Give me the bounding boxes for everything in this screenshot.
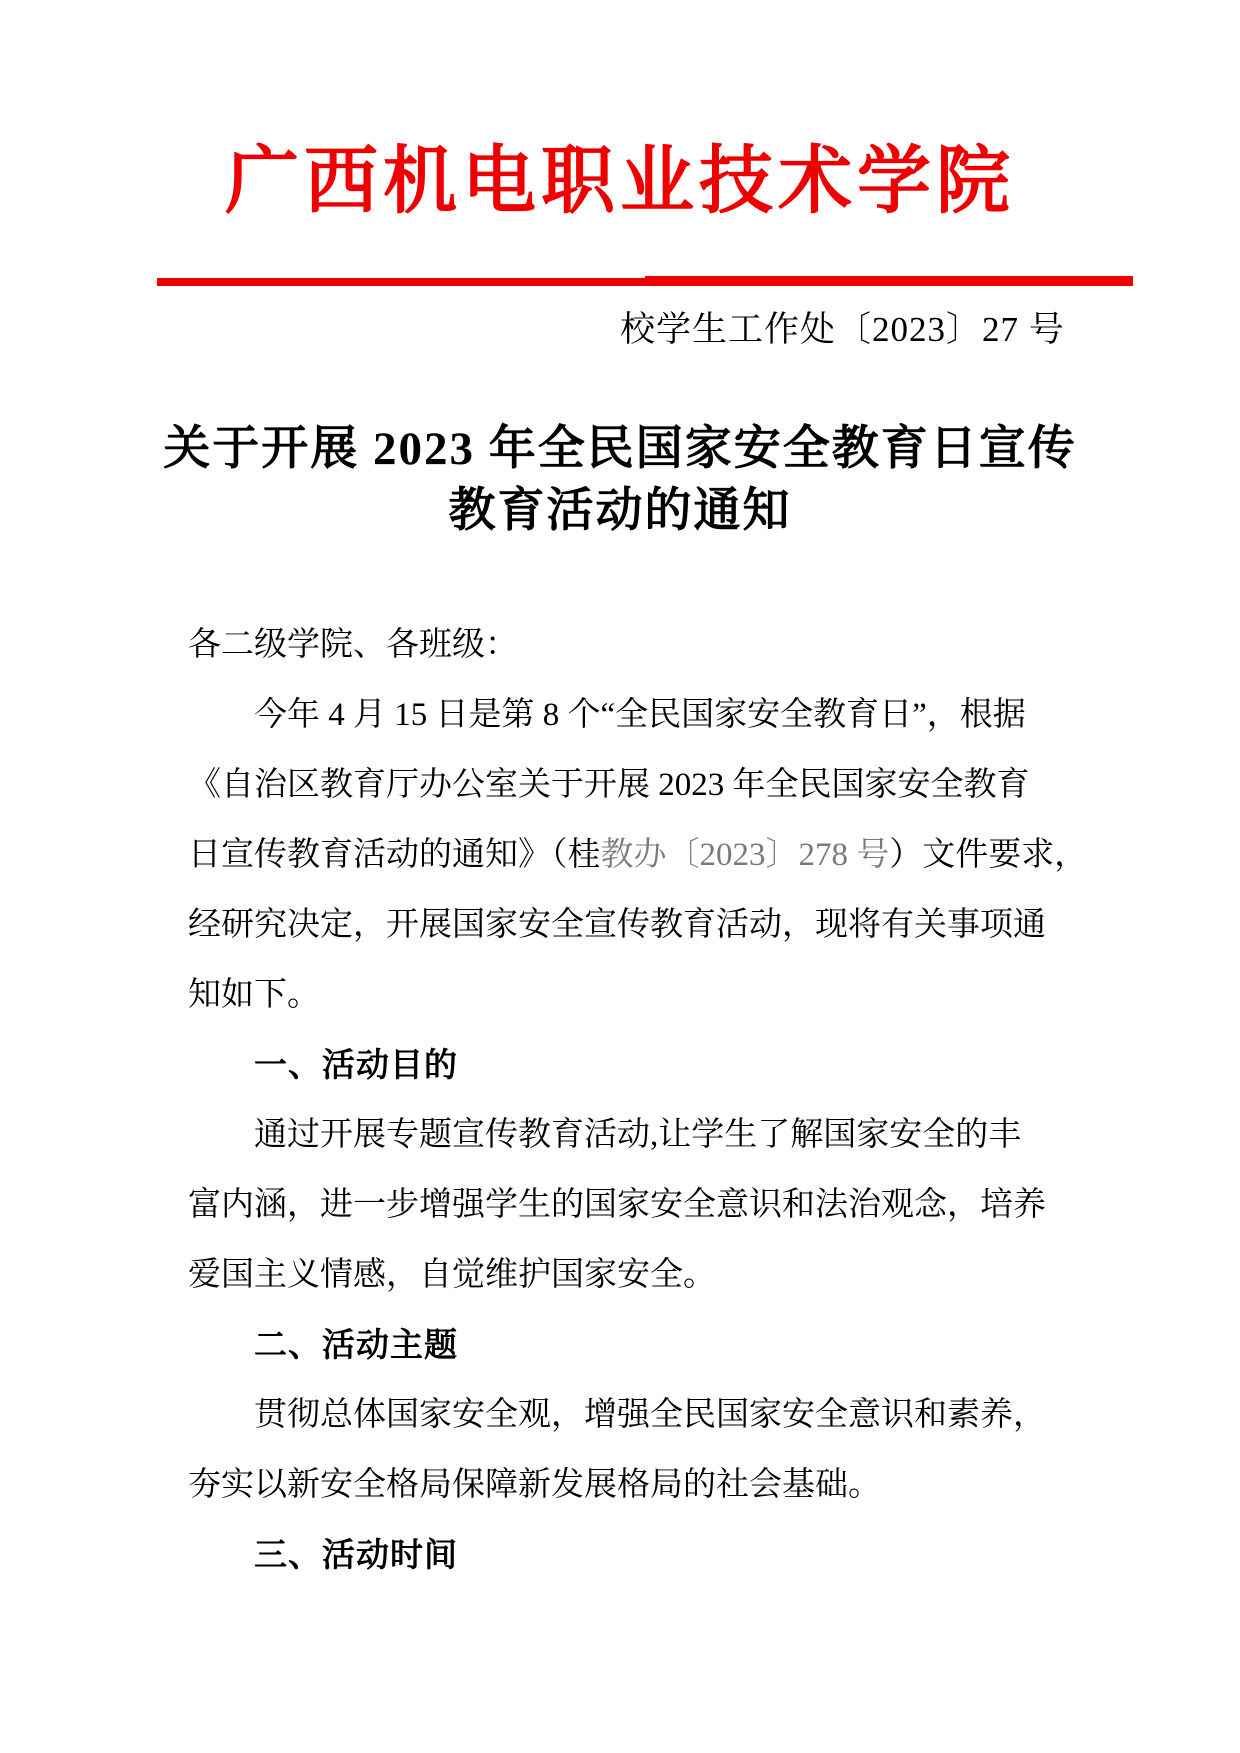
body-line: 夯实以新安全格局保障新发展格局的社会基础。 <box>188 1450 1108 1520</box>
body-line: 爱国主义情感，自觉维护国家安全。 <box>188 1240 1108 1310</box>
body-line: 今年 4 月 15 日是第 8 个“全民国家安全教育日”，根据 <box>188 680 1108 750</box>
document-title-line2: 教育活动的通知 <box>0 480 1240 542</box>
body-line: 通过开展专题宣传教育活动,让学生了解国家安全的丰 <box>188 1100 1108 1170</box>
body-line: 贯彻总体国家安全观，增强全民国家安全意识和素养， <box>188 1380 1108 1450</box>
salutation-line: 各二级学院、各班级： <box>188 610 1108 680</box>
document-body: 各二级学院、各班级： 今年 4 月 15 日是第 8 个“全民国家安全教育日”，… <box>188 610 1108 1590</box>
reference-number-muted: 教办〔2023〕278 号 <box>601 837 890 873</box>
body-line: 富内涵，进一步增强学生的国家安全意识和法治观念，培养 <box>188 1170 1108 1240</box>
document-title-line1: 关于开展 2023 年全民国家安全教育日宣传 <box>0 418 1240 480</box>
section-heading-activity-purpose: 一、活动目的 <box>188 1030 1108 1100</box>
letterhead-org-name: 广西机电职业技术学院 <box>0 136 1240 229</box>
body-line-segment: 日宣传教育活动的通知》（桂 <box>188 837 601 873</box>
section-heading-activity-theme: 二、活动主题 <box>188 1310 1108 1380</box>
letterhead-divider-right <box>645 276 1133 286</box>
section-heading-activity-time: 三、活动时间 <box>188 1520 1108 1590</box>
body-line: 知如下。 <box>188 960 1108 1030</box>
body-line: 经研究决定，开展国家安全宣传教育活动，现将有关事项通 <box>188 890 1108 960</box>
document-title: 关于开展 2023 年全民国家安全教育日宣传 教育活动的通知 <box>0 418 1240 542</box>
body-line-segment: ）文件要求， <box>889 837 1087 873</box>
body-line: 《自治区教育厅办公室关于开展 2023 年全民国家安全教育 <box>188 750 1108 820</box>
letterhead-divider-left <box>157 278 646 286</box>
document-number: 校学生工作处〔2023〕27 号 <box>620 311 1065 350</box>
body-line: 日宣传教育活动的通知》（桂教办〔2023〕278 号）文件要求， <box>188 820 1108 890</box>
document-page: 广西机电职业技术学院 校学生工作处〔2023〕27 号 关于开展 2023 年全… <box>0 0 1240 1753</box>
